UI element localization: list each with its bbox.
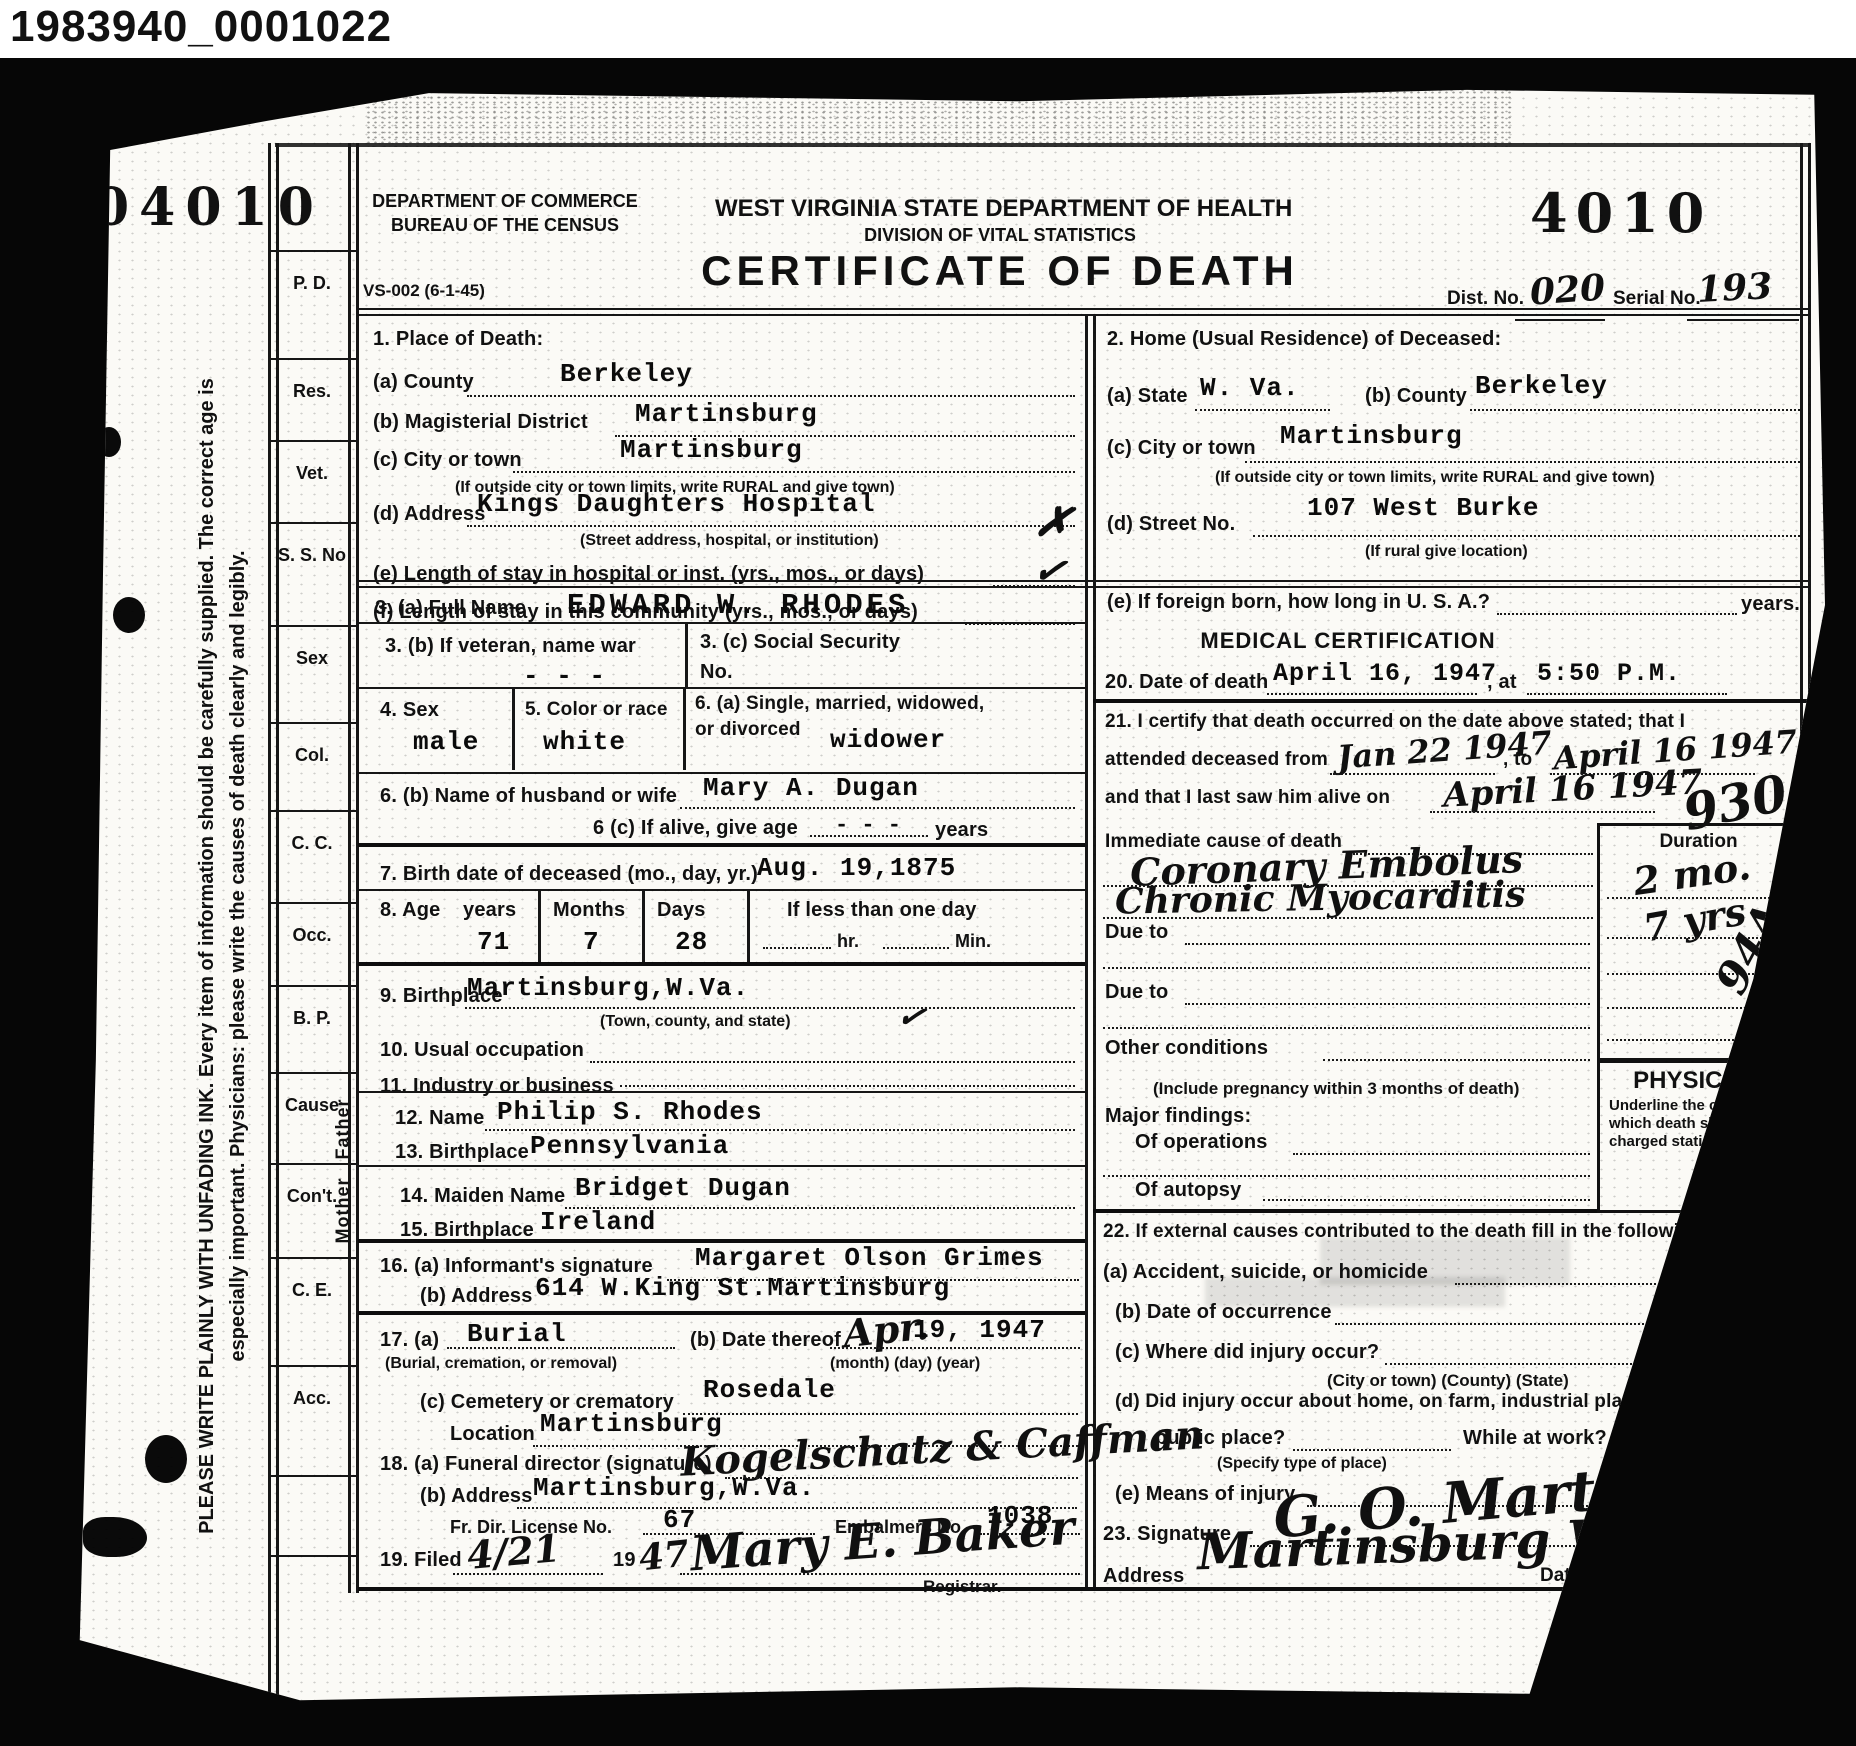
dotted-line: [1195, 409, 1330, 411]
dotted-line: [683, 1413, 1078, 1415]
scan-artifact: [145, 1435, 187, 1483]
registrar-signature: Mary E. Baker: [689, 1500, 1077, 1583]
rule: [358, 687, 1085, 689]
operations-label: Of operations: [1135, 1131, 1268, 1154]
res-state-label: (a) State: [1107, 385, 1188, 408]
age-days-value: 28: [675, 927, 708, 957]
stub-label-col: Col.: [267, 745, 357, 766]
rule: [358, 308, 1808, 310]
margin-instruction-line1: PLEASE WRITE PLAINLY WITH UNFADING INK. …: [196, 378, 218, 1534]
stub-line: [268, 1072, 356, 1074]
dotted-line: [590, 1061, 1075, 1063]
dotted-line: [1267, 693, 1477, 695]
major-findings-label: Major findings:: [1105, 1105, 1251, 1128]
spouse-value: Mary A. Dugan: [703, 773, 919, 803]
means-label: (e) Means of injury: [1115, 1483, 1296, 1506]
rule: [358, 889, 1085, 891]
rule: [1515, 319, 1605, 321]
death-time-value: 5:50 P.M.: [1537, 659, 1681, 688]
dotted-line: [1293, 1153, 1590, 1155]
cemetery-value: Rosedale: [703, 1375, 836, 1405]
stub-label-acc: Acc.: [267, 1388, 357, 1409]
medical-certification-heading: MEDICAL CERTIFICATION: [1093, 628, 1603, 654]
attended-label: attended deceased from: [1105, 749, 1328, 771]
dotted-line: [1253, 535, 1800, 537]
res-city-label: (c) City or town: [1107, 437, 1256, 460]
where-label: (c) Where did injury occur?: [1115, 1341, 1379, 1364]
ssn-label-2: No.: [700, 661, 733, 684]
injury-line1: (d) Did injury occur about home, on farm…: [1115, 1391, 1672, 1413]
res-city-value: Martinsburg: [1280, 421, 1463, 451]
dotted-line: [883, 947, 949, 949]
attended-to-label: , to: [1503, 749, 1532, 771]
sex-label: 4. Sex: [380, 699, 439, 722]
age-days-label: Days: [657, 899, 706, 922]
father-birthplace-label: 13. Birthplace: [395, 1141, 529, 1164]
pod-county-label: (a) County: [373, 371, 474, 394]
dotted-line: [620, 1085, 1075, 1087]
form-code: VS-002 (6-1-45): [363, 281, 485, 301]
scan-artifact: [83, 1517, 147, 1557]
stub-line: [268, 1475, 356, 1477]
age-less-label: If less than one day: [787, 899, 977, 922]
dist-no-label: Dist. No.: [1447, 288, 1524, 310]
rule: [358, 1091, 1085, 1093]
res-county-value: Berkeley: [1475, 371, 1608, 401]
mother-name-value: Bridget Dugan: [575, 1173, 791, 1203]
dotted-line: [680, 807, 1075, 809]
disposition-date-label: (b) Date thereof: [690, 1329, 841, 1352]
disposition-date-note: (month) (day) (year): [830, 1355, 980, 1373]
due-to-label-2: Due to: [1105, 981, 1168, 1004]
stub-label-cc: C. C.: [267, 833, 357, 854]
informant-address-label: (b) Address: [420, 1285, 533, 1308]
death-date-value: April 16, 1947: [1273, 659, 1497, 688]
funeral-address-label: (b) Address: [420, 1485, 533, 1508]
handwritten-check: ✓: [1029, 544, 1070, 596]
accident-label: (a) Accident, suicide, or homicide: [1103, 1261, 1428, 1284]
dotted-line: [1103, 967, 1590, 969]
informant-address-value: 614 W.King St.Martinsburg: [535, 1273, 950, 1303]
ssn-label-1: 3. (c) Social Security: [700, 631, 900, 654]
dotted-line: [680, 1573, 1080, 1575]
dotted-line: [465, 1007, 1075, 1009]
certify-line1: 21. I certify that death occurred on the…: [1105, 711, 1685, 733]
father-name-value: Philip S. Rhodes: [497, 1097, 763, 1127]
cell-divider: [538, 889, 541, 962]
mother-birthplace-value: Ireland: [540, 1207, 656, 1237]
father-birthplace-value: Pennsylvania: [530, 1131, 729, 1161]
stub-line: [268, 1365, 356, 1367]
certifier-address-label: Address: [1103, 1565, 1184, 1588]
birthdate-label: 7. Birth date of deceased (mo., day, yr.…: [380, 863, 758, 886]
dotted-line: [1263, 1199, 1590, 1201]
pod-district-value: Martinsburg: [635, 399, 818, 429]
scanned-death-certificate: { "page": { "id_label": "1983940_0001022…: [0, 0, 1856, 1746]
stub-line: [268, 358, 356, 360]
funeral-address-value: Martinsburg,W.Va.: [533, 1473, 815, 1503]
stub-line: [268, 722, 356, 724]
age-hr-label: hr.: [837, 931, 859, 952]
res-county-label: (b) County: [1365, 385, 1467, 408]
rule: [1093, 699, 1808, 703]
dotted-line: [467, 395, 1075, 397]
stub-label-ce: C. E.: [267, 1280, 357, 1301]
res-state-value: W. Va.: [1200, 373, 1300, 403]
birthplace-value: Martinsburg,W.Va.: [467, 973, 749, 1003]
race-value: white: [543, 727, 626, 757]
dotted-line: [1103, 1027, 1590, 1029]
dotted-line: [1497, 613, 1737, 615]
age-years-value: 71: [477, 927, 510, 957]
certificate-title: CERTIFICATE OF DEATH: [685, 247, 1315, 295]
pod-stay-hospital-label: (e) Length of stay in hospital or inst. …: [373, 563, 924, 586]
age-months-label: Months: [553, 899, 625, 922]
res-city-note: (If outside city or town limits, write R…: [1215, 469, 1655, 487]
last-seen-value: April 16 1947: [1442, 762, 1703, 816]
rule: [1093, 1209, 1597, 1213]
form-left-border: [348, 143, 351, 1593]
where-note: (City or town) (County) (State): [1327, 1371, 1569, 1391]
stub-label-vet: Vet.: [267, 463, 357, 484]
filed-label: 19. Filed: [380, 1549, 462, 1572]
cause-value-2: Chronic Myocarditis: [1115, 873, 1526, 922]
alive-age-label: 6 (c) If alive, give age: [593, 817, 798, 840]
dotted-line: [1470, 409, 1800, 411]
marital-label-1: 6. (a) Single, married, widowed,: [695, 693, 984, 715]
dotted-line: [1323, 1059, 1590, 1061]
birthplace-note: (Town, county, and state): [600, 1013, 791, 1031]
death-at-label: , at: [1487, 671, 1517, 694]
dotted-line: [513, 471, 1075, 473]
stub-line: [268, 985, 356, 987]
certificate-paper: 04010 4010 PLEASE WRITE PLAINLY WITH UNF…: [35, 85, 1825, 1710]
death-date-label: 20. Date of death: [1105, 671, 1268, 694]
cemetery-location-label: Location: [450, 1423, 535, 1446]
state-health-line2: DIVISION OF VITAL STATISTICS: [715, 225, 1285, 246]
pod-address-note: (Street address, hospital, or institutio…: [580, 532, 879, 550]
cemetery-location-value: Martinsburg: [540, 1409, 723, 1439]
father-side-label: Father: [333, 1100, 354, 1160]
cell-divider: [642, 889, 645, 962]
stub-line: [268, 522, 356, 524]
res-street-value: 107 West Burke: [1307, 493, 1539, 523]
dotted-line: [1527, 693, 1727, 695]
rule: [358, 1165, 1085, 1167]
filed-date-value: 4/21: [465, 1525, 562, 1578]
pod-county-value: Berkeley: [560, 359, 693, 389]
dotted-line: [763, 947, 831, 949]
disposition-item-label: 17. (a): [380, 1329, 439, 1352]
mother-name-label: 14. Maiden Name: [400, 1185, 565, 1208]
dotted-line: [1185, 943, 1590, 945]
serial-no-value: 193: [1696, 265, 1773, 311]
stub-line: [268, 1555, 356, 1557]
margin-instruction-line2: especially important. Physicians: please…: [227, 550, 249, 1361]
stub-label-sex: Sex: [267, 648, 357, 669]
dept-line1: DEPARTMENT OF COMMERCE: [365, 191, 645, 212]
stub-line: [268, 1257, 356, 1259]
place-of-death-heading: 1. Place of Death:: [373, 328, 543, 351]
stub-label-occ: Occ.: [267, 925, 357, 946]
occurrence-label: (b) Date of occurrence: [1115, 1301, 1332, 1324]
dotted-line: [1430, 811, 1655, 813]
certificate-number-stamp: 4010: [1530, 181, 1712, 245]
dist-no-value: 020: [1529, 266, 1607, 313]
disposition-type-note: (Burial, cremation, or removal): [385, 1355, 617, 1373]
dotted-line: [1103, 1175, 1590, 1177]
birthdate-value: Aug. 19,1875: [757, 853, 956, 883]
veteran-label: 3. (b) If veteran, name war: [385, 635, 636, 658]
pod-district-label: (b) Magisterial District: [373, 411, 588, 434]
dotted-line: [1293, 1449, 1451, 1451]
cell-divider: [747, 889, 750, 962]
handwritten-check: ✓: [893, 994, 929, 1039]
marital-label-2: or divorced: [695, 719, 801, 741]
dotted-line: [467, 525, 1075, 527]
stub-label-pd: P. D.: [267, 273, 357, 294]
rule: [358, 622, 1085, 624]
rule: [358, 314, 1808, 316]
age-label: 8. Age: [380, 899, 440, 922]
spouse-label: 6. (b) Name of husband or wife: [380, 785, 677, 808]
age-min-label: Min.: [955, 931, 991, 952]
other-conditions-label: Other conditions: [1105, 1037, 1268, 1060]
pod-address-label: (d) Address: [373, 503, 486, 526]
cell-divider: [512, 687, 515, 770]
full-name-value: EDWARD W. RHODES: [567, 589, 909, 622]
dept-line2: BUREAU OF THE CENSUS: [365, 215, 645, 236]
pod-address-value: Kings Daughters Hospital: [477, 489, 875, 519]
cell-divider: [685, 622, 688, 687]
autopsy-label: Of autopsy: [1135, 1179, 1241, 1202]
alive-age-value: - - -: [835, 813, 901, 838]
marital-value: widower: [830, 725, 946, 755]
last-seen-label: and that I last saw him alive on: [1105, 787, 1390, 809]
age-months-value: 7: [583, 927, 600, 957]
disposition-type-value: Burial: [467, 1319, 567, 1349]
dotted-line: [1103, 917, 1593, 919]
res-street-label: (d) Street No.: [1107, 513, 1235, 536]
stub-line: [268, 250, 356, 252]
industry-label: 11. Industry or business: [380, 1075, 614, 1098]
margin-instruction: PLEASE WRITE PLAINLY WITH UNFADING INK. …: [192, 261, 254, 1651]
rule: [358, 843, 1085, 847]
stub-line: [268, 810, 356, 812]
res-foreign-suffix: years.: [1741, 593, 1800, 616]
occupation-label: 10. Usual occupation: [380, 1039, 584, 1062]
disposition-date-rest: 19, 1947: [913, 1315, 1046, 1345]
filed-year-prefix: 19: [613, 1549, 636, 1572]
rule: [358, 580, 1808, 582]
residence-heading: 2. Home (Usual Residence) of Deceased:: [1107, 328, 1501, 351]
state-health-line1: WEST VIRGINIA STATE DEPARTMENT OF HEALTH: [715, 195, 1285, 223]
serial-no-label: Serial No.: [1613, 288, 1701, 310]
injury-line2: public place?: [1155, 1427, 1285, 1450]
pod-city-label: (c) City or town: [373, 449, 522, 472]
dotted-line: [830, 1347, 1080, 1349]
res-street-note: (If rural give location): [1365, 543, 1528, 561]
dotted-line: [447, 1347, 675, 1349]
place-note: (Specify type of place): [1217, 1455, 1387, 1473]
column-divider: [1085, 314, 1088, 1587]
father-name-label: 12. Name: [395, 1107, 484, 1130]
rule: [1687, 319, 1799, 321]
dotted-line: [453, 1573, 603, 1575]
pregnancy-note: (Include pregnancy within 3 months of de…: [1153, 1079, 1519, 1099]
age-years-label: years: [463, 899, 516, 922]
column-divider: [1093, 314, 1096, 1587]
handwritten-x-mark: ✗: [1032, 495, 1076, 551]
stub-label-res: Res.: [267, 381, 357, 402]
work-label: While at work?: [1463, 1427, 1607, 1450]
stub-rule: [276, 143, 279, 1703]
pod-city-value: Martinsburg: [620, 435, 803, 465]
stub-rule: [268, 143, 271, 1703]
rule: [358, 586, 1808, 588]
stub-line: [268, 440, 356, 442]
dotted-line: [1185, 1003, 1590, 1005]
scan-id-label: 1983940_0001022: [10, 2, 392, 52]
res-foreign-label: (e) If foreign born, how long in U. S. A…: [1107, 591, 1490, 614]
form-left-border: [356, 143, 359, 1593]
stub-line: [268, 902, 356, 904]
stub-label-bp: B. P.: [267, 1008, 357, 1029]
mother-side-label: Mother: [333, 1184, 354, 1244]
dotted-line: [1245, 461, 1800, 463]
cell-divider: [683, 687, 686, 770]
stub-line: [268, 625, 356, 627]
due-to-label-1: Due to: [1105, 921, 1168, 944]
full-name-label: 3. (a) Full Name: [375, 597, 526, 620]
file-number-stamp: 04010: [93, 177, 324, 238]
scan-artifact: [113, 597, 145, 633]
sex-value: male: [413, 727, 479, 757]
race-label: 5. Color or race: [525, 699, 668, 721]
stub-line: [268, 1163, 356, 1165]
alive-age-suffix: years: [935, 819, 988, 842]
stub-label-ssno: S. S. No: [265, 545, 359, 566]
informant-signature-value: Margaret Olson Grimes: [695, 1243, 1044, 1273]
rule: [358, 962, 1085, 966]
torn-edge-line: [275, 143, 1808, 147]
